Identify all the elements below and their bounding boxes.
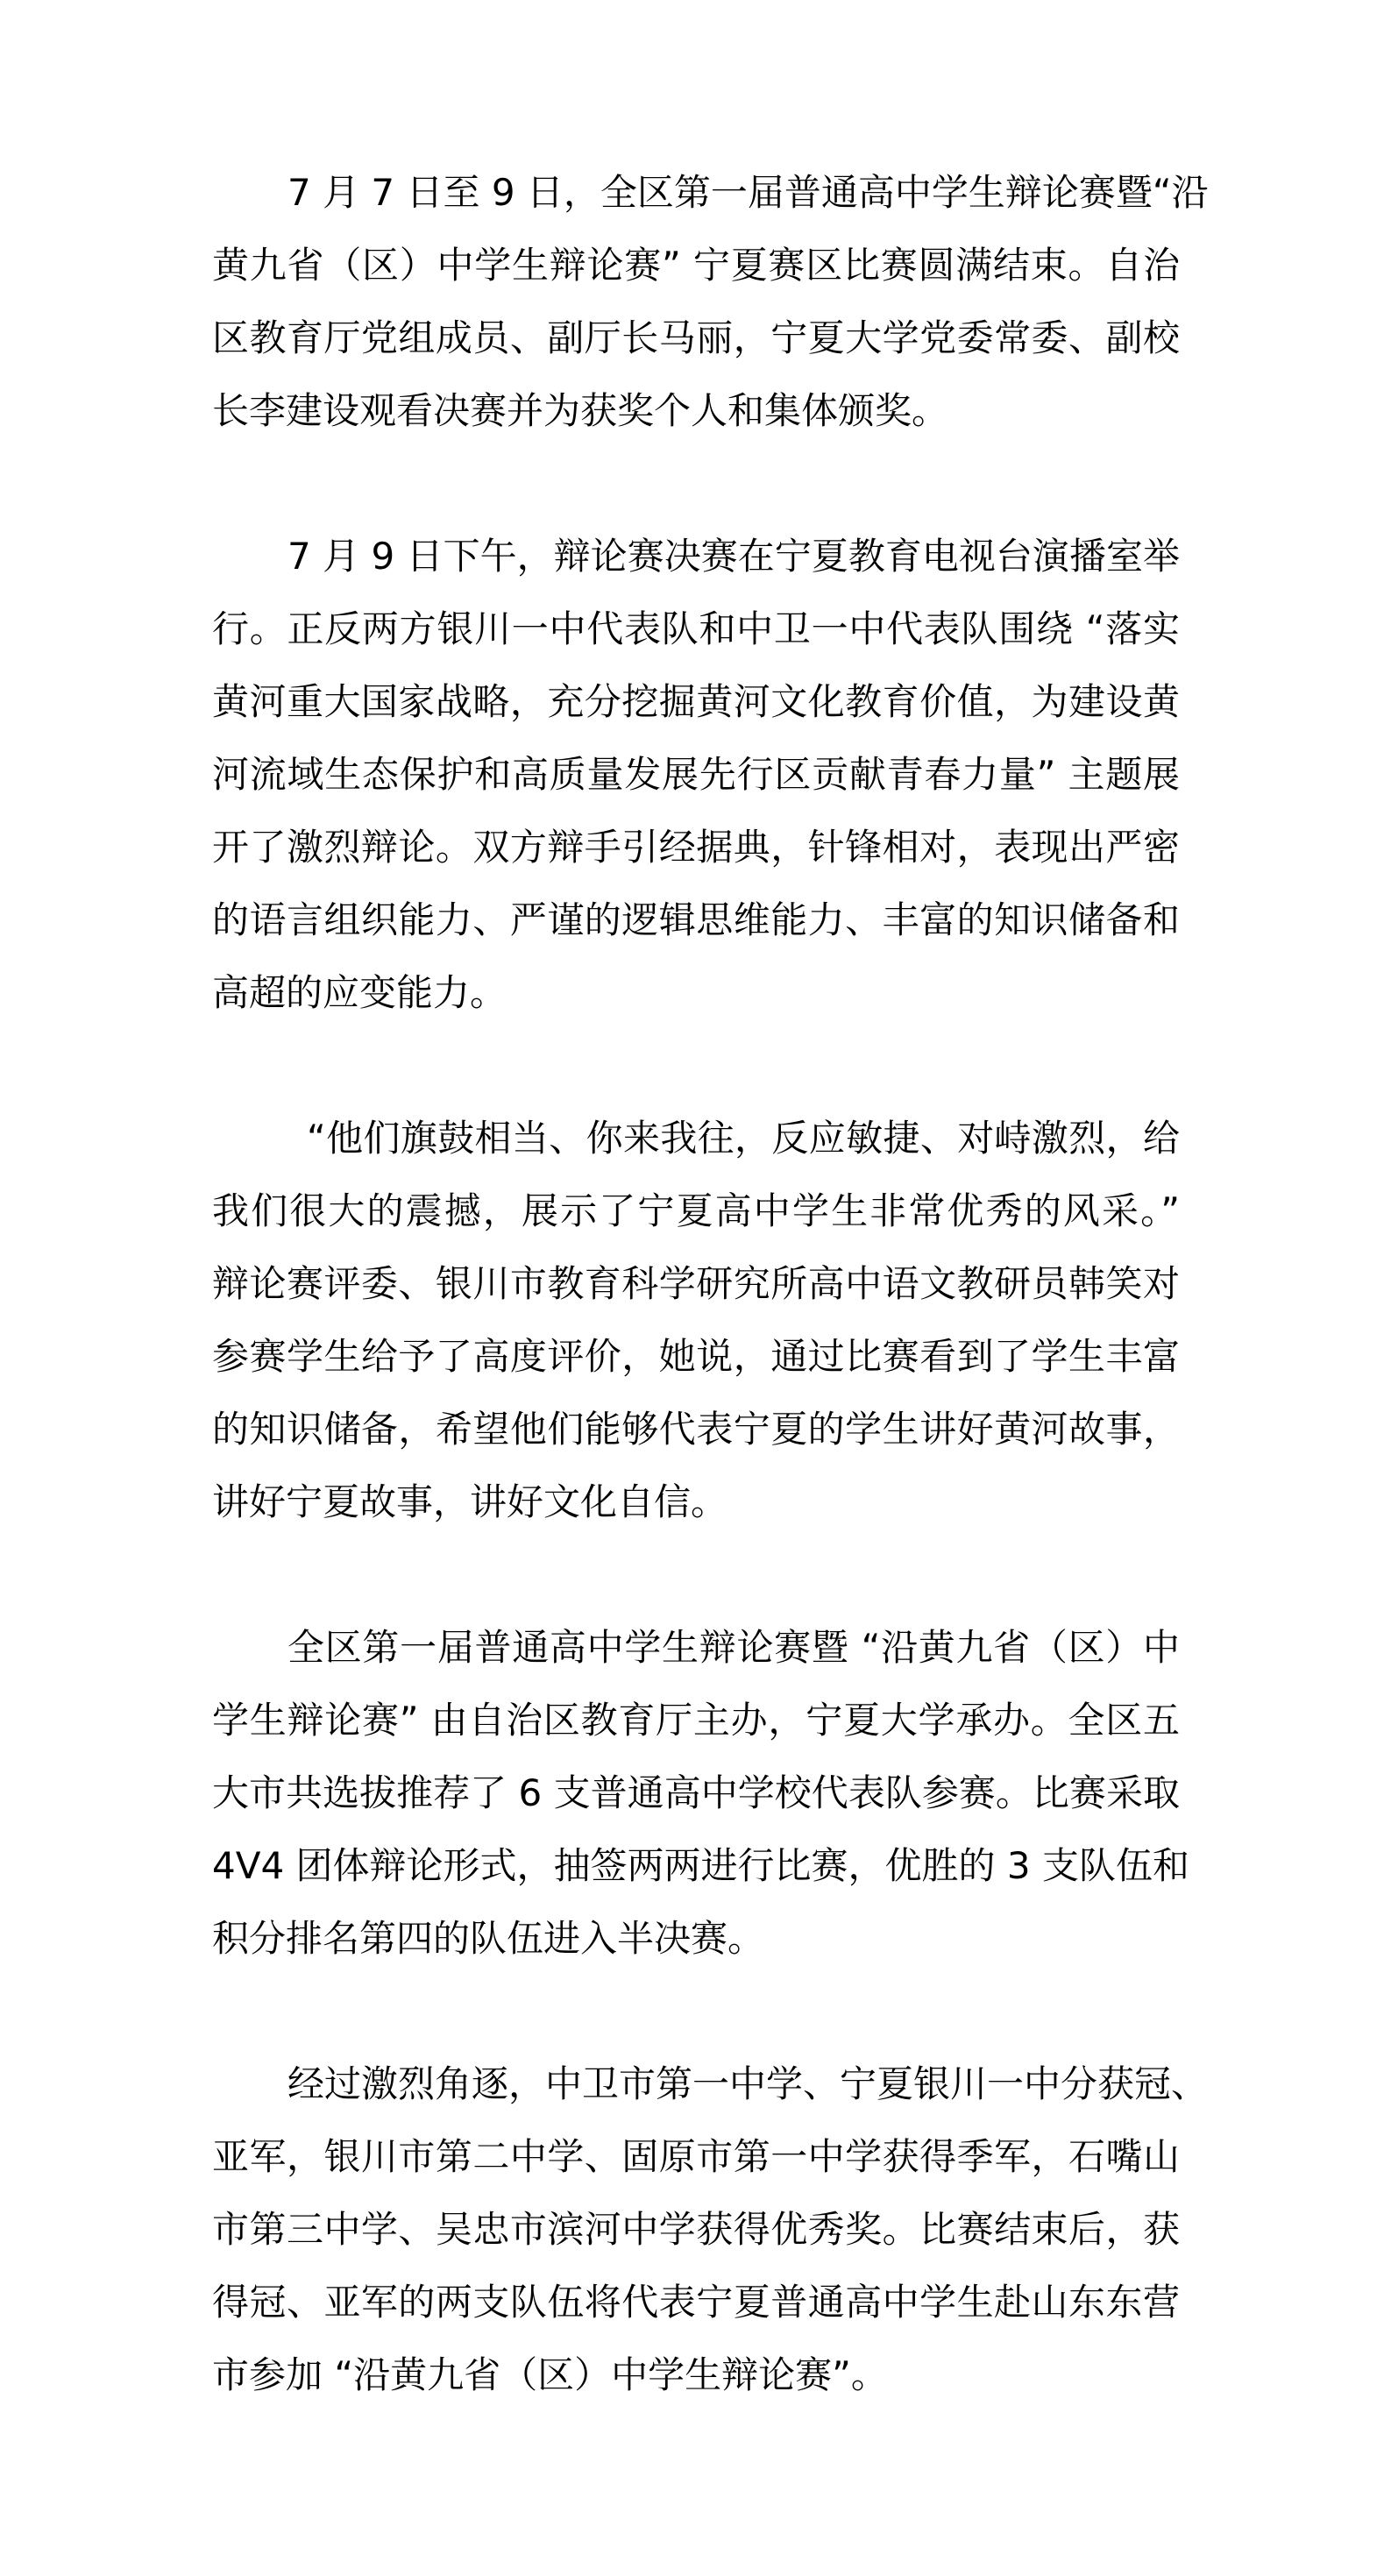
text-line: 7 月 7 日至 9 日，全区第一届普通高中学生辩论赛暨“沿: [212, 156, 1180, 229]
text-line: 学生辩论赛” 由自治区教育厅主办，宁夏大学承办。全区五: [212, 1684, 1180, 1756]
text-line: 区教育厅党组成员、副厅长马丽，宁夏大学党委常委、副校: [212, 302, 1180, 374]
text-line: 我们很大的震撼，展示了宁夏高中学生非常优秀的风采。”: [212, 1174, 1180, 1247]
paragraph-results: 经过激烈角逐，中卫市第一中学、宁夏银川一中分获冠、 亚军，银川市第二中学、固原市…: [212, 2047, 1180, 2411]
text-line: 高超的应变能力。: [212, 956, 1180, 1029]
text-line: 亚军，银川市第二中学、固原市第一中学获得季军，石嘴山: [212, 2120, 1180, 2193]
text-line: 开了激烈辩论。双方辩手引经据典，针锋相对，表现出严密: [212, 811, 1180, 884]
text-line: 行。正反两方银川一中代表队和中卫一中代表队围绕 “落实: [212, 593, 1180, 665]
text-line: 大市共选拔推荐了 6 支普通高中学校代表队参赛。比赛采取: [212, 1756, 1180, 1829]
text-line: 黄河重大国家战略，充分挖掘黄河文化教育价值，为建设黄: [212, 665, 1180, 738]
text-line: 讲好宁夏故事，讲好文化自信。: [212, 1465, 1180, 1538]
paragraph-final-match: 7 月 9 日下午，辩论赛决赛在宁夏教育电视台演播室举 行。正反两方银川一中代表…: [212, 520, 1180, 1029]
text-line: 经过激烈角逐，中卫市第一中学、宁夏银川一中分获冠、: [212, 2047, 1180, 2120]
text-line: “他们旗鼓相当、你来我往，反应敏捷、对峙激烈，给: [212, 1102, 1180, 1174]
text-line: 辩论赛评委、银川市教育科学研究所高中语文教研员韩笑对: [212, 1247, 1180, 1320]
paragraph-event-summary: 7 月 7 日至 9 日，全区第一届普通高中学生辩论赛暨“沿 黄九省（区）中学生…: [212, 156, 1180, 447]
text-line: 市第三中学、吴忠市滨河中学获得优秀奖。比赛结束后，获: [212, 2193, 1180, 2266]
text-line: 黄九省（区）中学生辩论赛” 宁夏赛区比赛圆满结束。自治: [212, 229, 1180, 302]
text-line: 积分排名第四的队伍进入半决赛。: [212, 1902, 1180, 1975]
text-line: 得冠、亚军的两支队伍将代表宁夏普通高中学生赴山东东营: [212, 2266, 1180, 2338]
text-line: 4V4 团体辩论形式，抽签两两进行比赛，优胜的 3 支队伍和: [212, 1829, 1180, 1902]
text-line: 的知识储备，希望他们能够代表宁夏的学生讲好黄河故事，: [212, 1393, 1180, 1465]
text-line: 7 月 9 日下午，辩论赛决赛在宁夏教育电视台演播室举: [212, 520, 1180, 593]
article-body: 7 月 7 日至 9 日，全区第一届普通高中学生辩论赛暨“沿 黄九省（区）中学生…: [212, 156, 1180, 2484]
text-line: 全区第一届普通高中学生辩论赛暨 “沿黄九省（区）中: [212, 1611, 1180, 1684]
text-line: 河流域生态保护和高质量发展先行区贡献青春力量” 主题展: [212, 738, 1180, 811]
text-line: 市参加 “沿黄九省（区）中学生辩论赛”。: [212, 2338, 1180, 2411]
text-line: 长李建设观看决赛并为获奖个人和集体颁奖。: [212, 374, 1180, 447]
text-line: 参赛学生给予了高度评价，她说，通过比赛看到了学生丰富: [212, 1320, 1180, 1393]
text-line: 的语言组织能力、严谨的逻辑思维能力、丰富的知识储备和: [212, 884, 1180, 956]
paragraph-competition-format: 全区第一届普通高中学生辩论赛暨 “沿黄九省（区）中 学生辩论赛” 由自治区教育厅…: [212, 1611, 1180, 1975]
paragraph-judge-quote: “他们旗鼓相当、你来我往，反应敏捷、对峙激烈，给 我们很大的震撼，展示了宁夏高中…: [212, 1102, 1180, 1538]
